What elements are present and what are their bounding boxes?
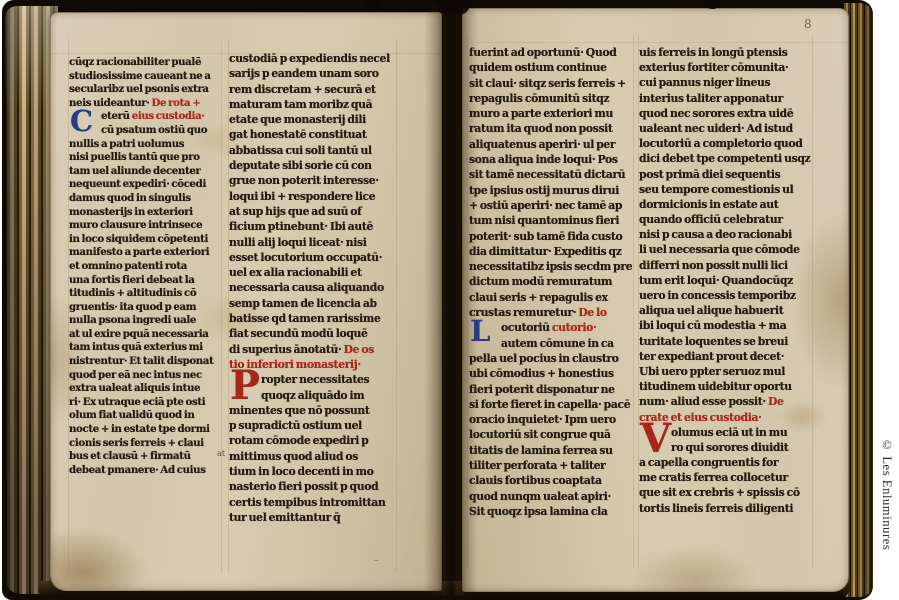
text-line: nocte + in estate tpe dormi	[69, 423, 221, 437]
text-line: dictum modū remuratum	[469, 274, 633, 289]
text-column-3: fuerint ad oportunū· Quodquidem ostium c…	[469, 45, 633, 519]
text-line: li uel necessaria que cōmode	[639, 242, 811, 257]
body-text: exterius fortiter cōmunita·	[639, 61, 788, 74]
body-text: deputate sibi sorie cū con	[229, 159, 372, 172]
text-line: rotam cōmode expediri p	[229, 433, 395, 448]
body-text: mittimus quod aliud os	[229, 450, 358, 463]
text-line: interius taliter apponatur	[639, 91, 811, 106]
body-text: cū psatum ostiū quo	[101, 124, 207, 136]
text-line: et omnino patenti rota	[69, 260, 221, 274]
body-text: que sit ex crebris + spissis cō	[639, 486, 800, 499]
body-text: gat honestatē constituat	[229, 128, 367, 141]
body-text: quod per eā nec intus nec	[69, 369, 202, 381]
ruling-line	[633, 35, 634, 569]
text-line: crustas remuretur· De lo	[469, 305, 633, 320]
text-line: etate que monasterij dili	[229, 112, 395, 127]
rubric-text: De rota +	[152, 97, 201, 109]
body-text: dormicionis in estate aut	[639, 198, 778, 211]
text-line: que sit ex crebris + spissis cō	[639, 485, 811, 500]
body-text: olum fiat ualidū quod in	[69, 409, 194, 421]
body-text: nequeunt expediri· cōcedi	[69, 178, 206, 190]
text-line: si forte fieret in capella· pacē	[469, 397, 633, 412]
body-text: nistrentur· Et talit disponat	[69, 355, 213, 367]
text-line: sit claui· sitqz seris ferreis +	[469, 76, 633, 91]
body-text: gruentis· ita quod p eam	[69, 301, 196, 313]
body-text: fiat secundū modū loquē	[229, 327, 368, 340]
text-line: monasterijs in exteriori	[69, 206, 221, 220]
body-text: tium in loco decenti in mo	[229, 465, 373, 478]
text-line: titatis de lamina ferrea su	[469, 443, 633, 458]
body-text: damus quod in singulis	[69, 192, 191, 204]
body-text: dia dimittatur· Expeditis qz	[469, 245, 622, 258]
gutter-top-notch	[436, 0, 470, 15]
text-column-4: uis ferreis in longū ptensisexterius for…	[639, 45, 811, 516]
rubric-text: De	[768, 395, 784, 408]
body-text: uis ferreis in longū ptensis	[639, 46, 787, 59]
body-text: ubi cōmodius + honestius	[469, 367, 614, 380]
text-line: Locutoriū cutorio·	[469, 320, 633, 335]
text-line: claui seris + repagulis ex	[469, 290, 633, 305]
rubric-text: eius custodia·	[132, 110, 205, 122]
body-text: cui pannus niger lineus	[639, 76, 770, 89]
text-line: quidem ostium continue	[469, 60, 633, 75]
text-line: p supradictū ostium uel	[229, 418, 395, 433]
body-text: tiliter perforata + taliter	[469, 459, 605, 472]
text-line: tortis lineis ferreis diligenti	[639, 501, 811, 516]
body-text: titudinis + altitudinis cō	[69, 287, 196, 299]
text-line: sit tamē necessitatū dictarū	[469, 167, 633, 182]
body-text: li uel necessaria que cōmode	[639, 243, 800, 256]
body-text: locutoriū a completorio quod	[639, 137, 802, 150]
ruling-line	[396, 39, 397, 573]
text-line: dormicionis in estate aut	[639, 197, 811, 212]
text-line: nequeunt expediri· cōcedi	[69, 178, 221, 192]
text-line: ibi loqui cū modestia + ma	[639, 318, 811, 333]
text-column-1: cūqz racionabiliter pualēstudiosissime c…	[69, 56, 221, 477]
text-line: sarijs p eandem unam soro	[229, 66, 395, 81]
text-line: nasterio fieri possit p quod	[229, 479, 395, 494]
body-text: dictum modū remuratum	[469, 275, 612, 288]
body-text: tam intus quā exterius mi	[69, 341, 203, 353]
body-text: manifesto a parte exteriori	[69, 246, 209, 258]
text-line: at ul exire pquā necessaria	[69, 328, 221, 342]
text-line: muro clausure intrinsece	[69, 219, 221, 233]
body-text: uel ex alia racionabili et	[229, 266, 362, 279]
text-line: autem cōmune in ca	[469, 336, 633, 351]
text-line: titudinis + altitudinis cō	[69, 287, 221, 301]
body-text: esset locutorium occupatū·	[229, 251, 382, 264]
text-line: exterius fortiter cōmunita·	[639, 60, 811, 75]
text-line: uis ferreis in longū ptensis	[639, 45, 811, 60]
text-line: quod nunqm ualeat apiri·	[469, 489, 633, 504]
decorated-initial: P	[230, 367, 260, 405]
body-text: nisi p causa a deo racionabi	[639, 228, 792, 241]
rubric-text: cutorio·	[552, 321, 597, 334]
text-line: certis tempibus intromittan	[229, 495, 395, 510]
text-line: tam uel aliunde decenter	[69, 165, 221, 179]
body-text: quando officiū celebratur	[639, 213, 783, 226]
body-text: interius taliter apponatur	[639, 92, 783, 105]
body-text: turitate loquentes se breui	[639, 335, 788, 348]
body-text: quoqz aliquādo im	[261, 389, 364, 402]
text-line: grue non poterit interesse·	[229, 173, 395, 188]
body-text: fuerint ad oportunū· Quod	[469, 46, 616, 59]
text-column-2: custodiā p expediendis necelsarijs p ean…	[229, 51, 395, 525]
body-text: uero in concessis temporibz	[639, 289, 796, 302]
text-line: loqui ibi + respondere lice	[229, 189, 395, 204]
photo-credit: © Les Enluminures	[879, 438, 894, 550]
body-text: et omnino patenti rota	[69, 260, 187, 272]
body-text: ibi loqui cū modestia + ma	[639, 319, 786, 332]
body-text: certis tempibus intromittan	[229, 496, 386, 509]
marginal-note: at	[217, 449, 225, 458]
body-text: claui seris + repagulis ex	[469, 291, 608, 304]
body-text: batisse qd tamen rarissime	[229, 312, 381, 325]
text-line: oracio inquietet· Ipm uero	[469, 412, 633, 427]
body-text: abbatissa cui soli tantū ul	[229, 144, 372, 157]
body-text: fieri poterit disponatur ne	[469, 383, 615, 396]
ruling-line	[812, 35, 813, 569]
body-text: ficium ptinebunt· Ibi autē	[229, 220, 373, 233]
body-text: quod nunqm ualeat apiri·	[469, 490, 611, 503]
text-line: fieri poterit disponatur ne	[469, 382, 633, 397]
text-line: ratum ita quod non possit	[469, 121, 633, 136]
body-text: tum nisi quantominus fieri	[469, 214, 619, 227]
text-line: Ceterū eius custodia·	[69, 110, 221, 124]
body-text: loqui ibi + respondere lice	[229, 190, 375, 203]
text-line: differri non possit nulli lici	[639, 258, 811, 273]
body-text: me cratis ferrea collocetur	[639, 471, 788, 484]
body-text: differri non possit nulli lici	[639, 259, 788, 272]
body-text: rem discretam + securā et	[229, 83, 376, 96]
rubric-text: De os	[344, 343, 374, 356]
text-line: seu tempore comestionis ul	[639, 182, 811, 197]
text-line: turitate loquentes se breui	[639, 334, 811, 349]
text-line: quod nec sorores extra uidē	[639, 106, 811, 121]
body-text: si forte fieret in capella· pacē	[469, 398, 630, 411]
manuscript-photo: cūqz racionabiliter pualēstudiosissime c…	[0, 0, 899, 600]
body-text: dici debet tpe competenti usqz	[639, 152, 810, 165]
left-page: cūqz racionabiliter pualēstudiosissime c…	[50, 12, 442, 591]
text-line: necessaria causa aliquando	[229, 280, 395, 295]
body-text: sit tamē necessitatū dictarū	[469, 168, 625, 181]
text-line: tum erit loqui· Quandocūqz	[639, 273, 811, 288]
text-line: aliquatenus aperiri· ul per	[469, 137, 633, 152]
text-line: debeat pmanere· Ad cuius	[69, 464, 221, 478]
text-line: locutoriū sit congrue quā	[469, 427, 633, 442]
body-text: sit claui· sitqz seris ferreis +	[469, 77, 626, 90]
text-line: Sit quoqz ipsa lamina cla	[469, 504, 633, 519]
text-line: nistrentur· Et talit disponat	[69, 355, 221, 369]
body-text: titatis de lamina ferrea su	[469, 444, 613, 457]
body-text: tam uel aliunde decenter	[69, 165, 201, 177]
text-line: poterit· sub tamē fida custo	[469, 229, 633, 244]
text-line: abbatissa cui soli tantū ul	[229, 143, 395, 158]
text-line: ter expediant prout decet·	[639, 349, 811, 364]
text-line: damus quod in singulis	[69, 192, 221, 206]
text-line: extra ualeat aliquis intue	[69, 382, 221, 396]
body-text: pella uel pocius in claustro	[469, 352, 619, 365]
body-text: + ostiū aperiri· nec tamē ap	[469, 199, 622, 212]
body-text: ro qui sorores diuidit	[671, 441, 788, 454]
text-line: repagulis cōmunitū sitqz	[469, 91, 633, 106]
quire-mark: ∼	[373, 556, 381, 565]
text-line: aliqua uel alique habuerit	[639, 303, 811, 318]
text-line: at sup hijs que ad suū of	[229, 204, 395, 219]
text-line: manifesto a parte exteriori	[69, 246, 221, 260]
body-text: ocutoriū	[501, 321, 552, 334]
text-line: una fortis fieri debeat la	[69, 274, 221, 288]
body-text: extra ualeat aliquis intue	[69, 382, 200, 394]
body-text: eterū	[101, 110, 132, 122]
body-text: rotam cōmode expediri p	[229, 434, 368, 447]
text-line: Ubi uero ppter seruoz mul	[639, 364, 811, 379]
body-text: locutoriū sit congrue quā	[469, 428, 611, 441]
body-text: ropter necessitates	[261, 373, 369, 386]
text-line: semp tamen de licencia ab	[229, 296, 395, 311]
body-text: repagulis cōmunitū sitqz	[469, 92, 609, 105]
body-text: oracio inquietet· Ipm uero	[469, 413, 616, 426]
body-text: muro a parte exteriori mu	[469, 107, 613, 120]
text-line: maturam tam moribz quā	[229, 97, 395, 112]
text-line: muro a parte exteriori mu	[469, 106, 633, 121]
body-text: nisi puellis tantū que pro	[69, 151, 200, 163]
body-text: nulla psona ingredi uale	[69, 314, 196, 326]
body-text: custodiā p expediendis necel	[229, 52, 390, 65]
body-text: aliqua uel alique habuerit	[639, 304, 783, 317]
body-text: grue non poterit interesse·	[229, 174, 379, 187]
body-text: secularibz uel psonis extra	[69, 83, 209, 95]
text-line: Propter necessitates	[229, 372, 395, 387]
body-text: poterit· sub tamē fida custo	[469, 230, 622, 243]
body-text: ter expediant prout decet·	[639, 350, 784, 363]
body-text: p supradictū ostium uel	[229, 419, 362, 432]
text-line: secularibz uel psonis extra	[69, 83, 221, 97]
text-line: gat honestatē constituat	[229, 127, 395, 142]
folio-number: 8	[804, 17, 812, 31]
text-line: gruentis· ita quod p eam	[69, 301, 221, 315]
body-text: monasterijs in exteriori	[69, 206, 193, 218]
body-text: ratum ita quod non possit	[469, 122, 613, 135]
text-line: uero in concessis temporibz	[639, 288, 811, 303]
text-line: necessitatibz ipsis secdm pre	[469, 259, 633, 274]
body-text: nocte + in estate tpe dormi	[69, 423, 210, 435]
text-line: cui pannus niger lineus	[639, 75, 811, 90]
body-text: seu tempore comestionis ul	[639, 183, 793, 196]
text-line: nulla psona ingredi uale	[69, 314, 221, 328]
body-text: ualeant nec uideri· Ad istud	[639, 122, 793, 135]
body-text: una fortis fieri debeat la	[69, 274, 195, 286]
text-line: ualeant nec uideri· Ad istud	[639, 121, 811, 136]
ruling-line	[221, 39, 222, 573]
body-text: olumus eciā ut in mu	[671, 426, 787, 439]
ruling-line	[467, 35, 468, 569]
body-text: cūqz racionabiliter pualē	[69, 56, 201, 68]
text-line: + ostiū aperiri· nec tamē ap	[469, 198, 633, 213]
body-text: aliquatenus aperiri· ul per	[469, 138, 615, 151]
body-text: di superius ānotatū·	[229, 343, 344, 356]
ruling-line	[463, 42, 848, 43]
body-text: in loco siquidem cōpetenti	[69, 233, 208, 245]
body-text: clauis fortibus coaptata	[469, 474, 602, 487]
body-text: etate que monasterij dili	[229, 113, 366, 126]
text-line: sona aliqua inde loqui· Pos	[469, 152, 633, 167]
text-line: quod per eā nec intus nec	[69, 369, 221, 383]
text-line: post primā diei sequentis	[639, 167, 811, 182]
body-text: sarijs p eandem unam soro	[229, 67, 379, 80]
body-text: maturam tam moribz quā	[229, 98, 372, 111]
text-line: tam intus quā exterius mi	[69, 341, 221, 355]
body-text: debeat pmanere· Ad cuius	[69, 464, 206, 476]
body-text: semp tamen de licencia ab	[229, 297, 377, 310]
text-line: Volumus eciā ut in mu	[639, 425, 811, 440]
text-line: pella uel pocius in claustro	[469, 351, 633, 366]
decorated-initial: C	[70, 107, 93, 136]
body-text: studiosissime caueant ne a	[69, 70, 211, 82]
body-text: tum erit loqui· Quandocūqz	[639, 274, 793, 287]
body-text: necessitatibz ipsis secdm pre	[469, 260, 632, 273]
body-text: autem cōmune in ca	[501, 337, 614, 350]
body-text: tpe ipsius ostij murus dirui	[469, 184, 619, 197]
body-text: quod nec sorores extra uidē	[639, 107, 793, 120]
text-line: tum nisi quantominus fieri	[469, 213, 633, 228]
body-text: Sit quoqz ipsa lamina cla	[469, 505, 608, 518]
body-text: num· aliud esse possit·	[639, 395, 768, 408]
body-text: tur uel emittantur q̄	[229, 511, 340, 524]
body-text: post primā diei sequentis	[639, 168, 780, 181]
text-line: fiat secundū modū loquē	[229, 326, 395, 341]
text-line: olum fiat ualidū quod in	[69, 409, 221, 423]
text-line: nulli alij loqui liceat· nisi	[229, 235, 395, 250]
text-line: ubi cōmodius + honestius	[469, 366, 633, 381]
text-line: tiliter perforata + taliter	[469, 458, 633, 473]
body-text: necessaria causa aliquando	[229, 281, 384, 294]
text-line: tur uel emittantur q̄	[229, 510, 395, 525]
body-text: at sup hijs que ad suū of	[229, 205, 361, 218]
body-text: nasterio fieri possit p quod	[229, 480, 378, 493]
body-text: ri· Ex utraque eciā pte osti	[69, 396, 205, 408]
text-line: num· aliud esse possit· De	[639, 394, 811, 409]
text-line: studiosissime caueant ne a	[69, 70, 221, 84]
body-text: titudinem uidebitur oportu	[639, 380, 792, 393]
body-text: muro clausure intrinsece	[69, 219, 202, 231]
text-line: clauis fortibus coaptata	[469, 473, 633, 488]
body-text: nullis a patri uolumus	[69, 138, 184, 150]
text-line: custodiā p expediendis necel	[229, 51, 395, 66]
body-text: nulli alij loqui liceat· nisi	[229, 236, 367, 249]
text-line: dia dimittatur· Expeditis qz	[469, 244, 633, 259]
text-line: nullis a patri uolumus	[69, 138, 221, 152]
text-line: ficium ptinebunt· Ibi autē	[229, 219, 395, 234]
rubric-text: De lo	[578, 306, 606, 319]
text-line: tium in loco decenti in mo	[229, 464, 395, 479]
right-page: 8 fuerint ad oportunū· Quodquidem ostium…	[462, 8, 849, 592]
text-line: ri· Ex utraque eciā pte osti	[69, 396, 221, 410]
text-line: nisi p causa a deo racionabi	[639, 227, 811, 242]
text-line: fuerint ad oportunū· Quod	[469, 45, 633, 60]
body-text: quidem ostium continue	[469, 61, 607, 74]
body-text: at ul exire pquā necessaria	[69, 328, 209, 340]
text-line: deputate sibi sorie cū con	[229, 158, 395, 173]
text-line: dici debet tpe competenti usqz	[639, 151, 811, 166]
body-text: sona aliqua inde loqui· Pos	[469, 153, 618, 166]
body-text: cionis seris ferreis + claui	[69, 437, 204, 449]
text-line: rem discretam + securā et	[229, 82, 395, 97]
body-text: Ubi uero ppter seruoz mul	[639, 365, 785, 378]
text-line: nisi puellis tantū que pro	[69, 151, 221, 165]
text-line: di superius ānotatū· De os	[229, 342, 395, 357]
text-line: batisse qd tamen rarissime	[229, 311, 395, 326]
text-line: locutoriū a completorio quod	[639, 136, 811, 151]
text-line: esset locutorium occupatū·	[229, 250, 395, 265]
text-line: bus et clausū + firmatū	[69, 450, 221, 464]
text-line: quando officiū celebratur	[639, 212, 811, 227]
text-line: titudinem uidebitur oportu	[639, 379, 811, 394]
text-line: mittimus quod aliud os	[229, 449, 395, 464]
text-line: cionis seris ferreis + claui	[69, 437, 221, 451]
body-text: bus et clausū + firmatū	[69, 450, 191, 462]
decorated-initial: L	[470, 317, 490, 346]
text-line: me cratis ferrea collocetur	[639, 470, 811, 485]
text-line: in loco siquidem cōpetenti	[69, 233, 221, 247]
decorated-initial: V	[640, 420, 671, 458]
text-line: tpe ipsius ostij murus dirui	[469, 183, 633, 198]
body-text: tortis lineis ferreis diligenti	[639, 502, 793, 515]
text-line: uel ex alia racionabili et	[229, 265, 395, 280]
text-line: cūqz racionabiliter pualē	[69, 56, 221, 70]
